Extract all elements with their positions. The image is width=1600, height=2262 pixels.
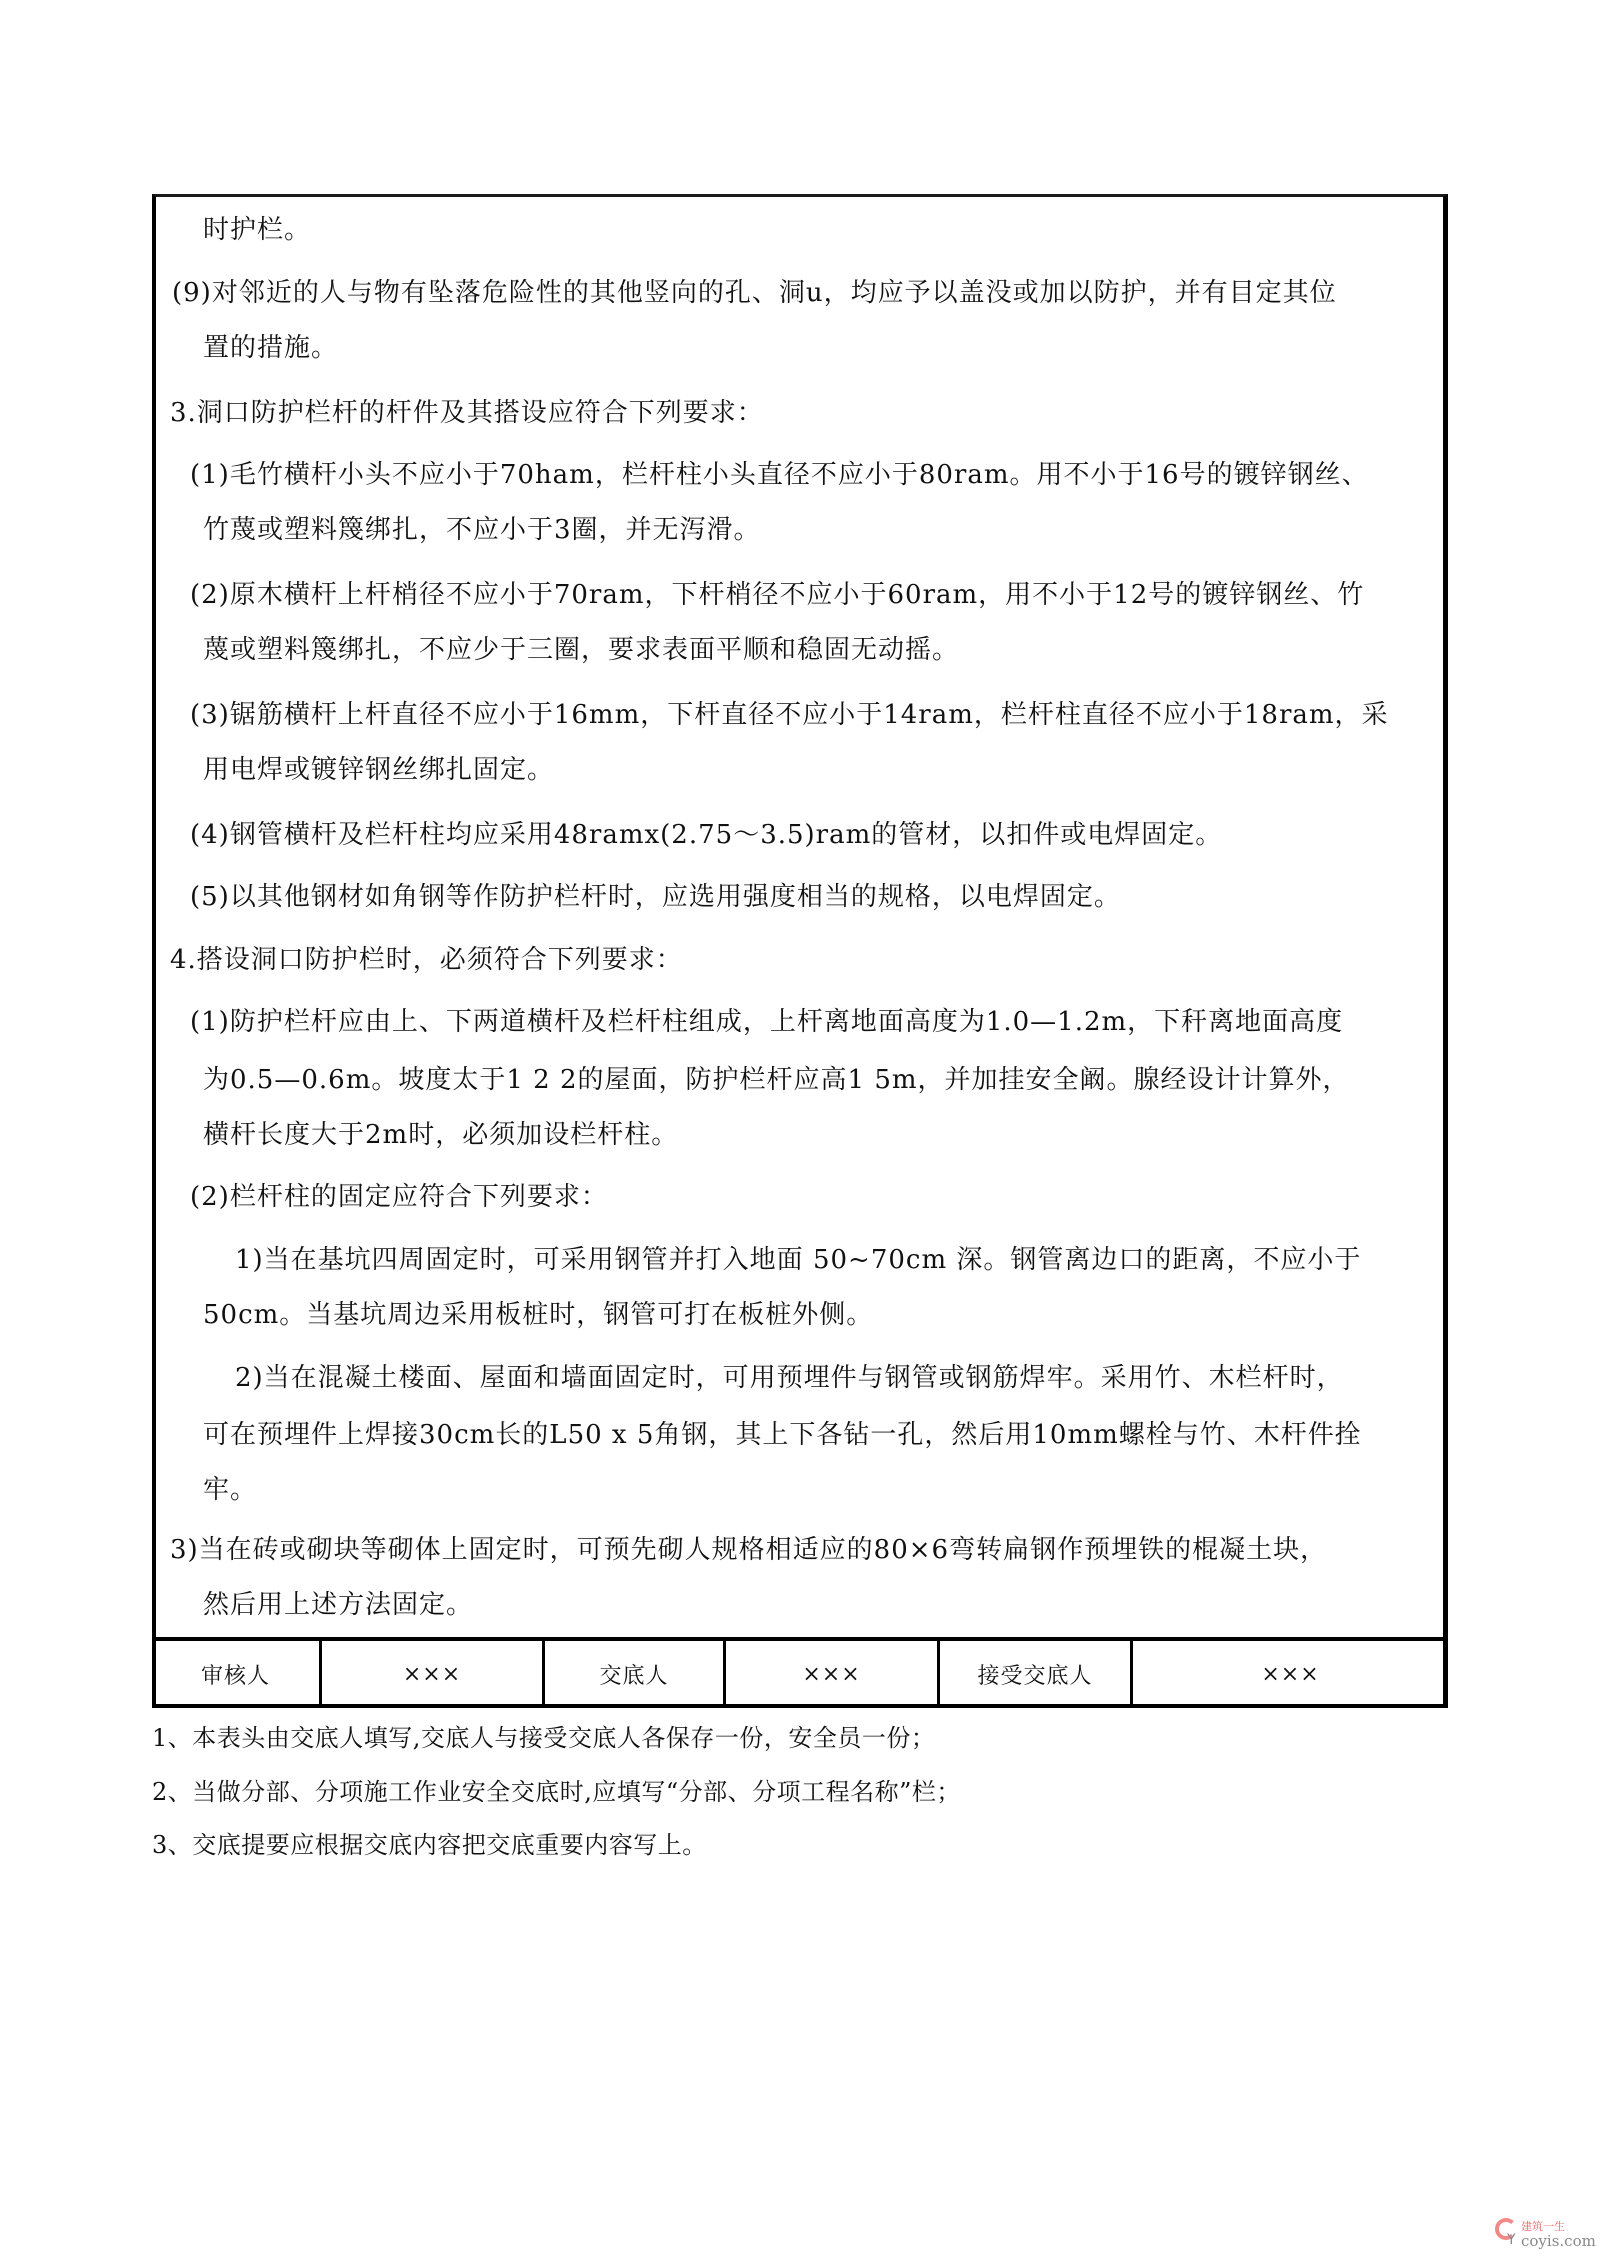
content-line: (1)毛竹横杆小头不应小于70ham，栏杆柱小头直径不应小于80ram。用不小于…	[190, 458, 1369, 492]
footnote: 1、本表头由交底人填写,交底人与接受交底人各保存一份，安全员一份；	[152, 1722, 935, 1754]
content-line: (3)锯筋横杆上杆直径不应小于16mm，下杆直径不应小于14ram，栏杆柱直径不…	[190, 698, 1389, 732]
discloser-label: 交底人	[545, 1641, 726, 1708]
content-line: 蔑或塑料篾绑扎，不应少于三圈，要求表面平顺和稳固无动摇。	[203, 633, 959, 667]
content-line: 牢。	[203, 1473, 257, 1507]
content-line: 可在预埋件上焊接30cm长的L50 x 5角钢，其上下各钻一孔，然后用10mm螺…	[203, 1418, 1362, 1452]
content-line: (9)对邻近的人与物有坠落危险性的其他竖向的孔、洞u，均应予以盖没或加以防护，并…	[172, 276, 1337, 310]
content-line: (5)以其他钢材如角钢等作防护栏杆时，应选用强度相当的规格，以电焊固定。	[190, 880, 1121, 914]
footnote: 2、当做分部、分项施工作业安全交底时,应填写“分部、分项工程名称”栏；	[152, 1776, 961, 1808]
footnote: 3、交底提要应根据交底内容把交底重要内容写上。	[152, 1829, 707, 1861]
content-line: 为0.5—0.6m。坡度太于1 2 2的屋面，防护栏杆应高1 5m，并加挂安全阚…	[203, 1063, 1350, 1097]
watermark-url-text: coyis.com	[1521, 2232, 1596, 2250]
watermark: Y 建筑一生 coyis.com	[1495, 2218, 1595, 2258]
content-line: 50cm。当基坑周边采用板桩时，钢管可打在板桩外侧。	[203, 1298, 873, 1332]
receiver-value: ×××	[1133, 1641, 1448, 1708]
content-line: 横杆长度大于2m时，必须加设栏杆柱。	[203, 1118, 678, 1152]
reviewer-label: 审核人	[152, 1641, 322, 1708]
content-line: 2)当在混凝土楼面、屋面和墙面固定时，可用预埋件与钢管或钢筋焊牢。采用竹、木栏杆…	[235, 1361, 1344, 1395]
content-line: 置的措施。	[203, 331, 338, 365]
content-line: 1)当在基坑四周固定时，可采用钢管并打入地面 50~70cm 深。钢管离边口的距…	[235, 1243, 1361, 1277]
signature-row: 审核人 ××× 交底人 ××× 接受交底人 ×××	[152, 1637, 1448, 1708]
watermark-logo-letter: Y	[1507, 2232, 1516, 2248]
receiver-label: 接受交底人	[940, 1641, 1133, 1708]
content-line: (4)钢管横杆及栏杆柱均应采用48ramx(2.75～3.5)ram的管材，以扣…	[190, 818, 1222, 852]
content-line: 竹蔑或塑料篾绑扎，不应小于3圈，并无泻滑。	[203, 513, 761, 547]
reviewer-value: ×××	[322, 1641, 545, 1708]
section-heading: 4.搭设洞口防护栏时，必须符合下列要求：	[170, 943, 683, 977]
content-line: (1)防护栏杆应由上、下两道横杆及栏杆柱组成，上杆离地面高度为1.0—1.2m，…	[190, 1005, 1343, 1039]
section-heading: 3.洞口防护栏杆的杆件及其搭设应符合下列要求：	[170, 396, 764, 430]
content-line: (2)栏杆柱的固定应符合下列要求：	[190, 1180, 608, 1214]
content-line: 用电焊或镀锌钢丝绑扎固定。	[203, 753, 554, 787]
content-line: (2)原木横杆上杆梢径不应小于70ram，下杆梢径不应小于60ram，用不小于1…	[190, 578, 1364, 612]
discloser-value: ×××	[726, 1641, 940, 1708]
content-line: 然后用上述方法固定。	[203, 1588, 473, 1622]
content-line: 3)当在砖或砌块等砌体上固定时，可预先砌人规格相适应的80×6弯转扁钢作预埋铁的…	[170, 1533, 1327, 1567]
content-line: 时护栏。	[203, 213, 311, 247]
